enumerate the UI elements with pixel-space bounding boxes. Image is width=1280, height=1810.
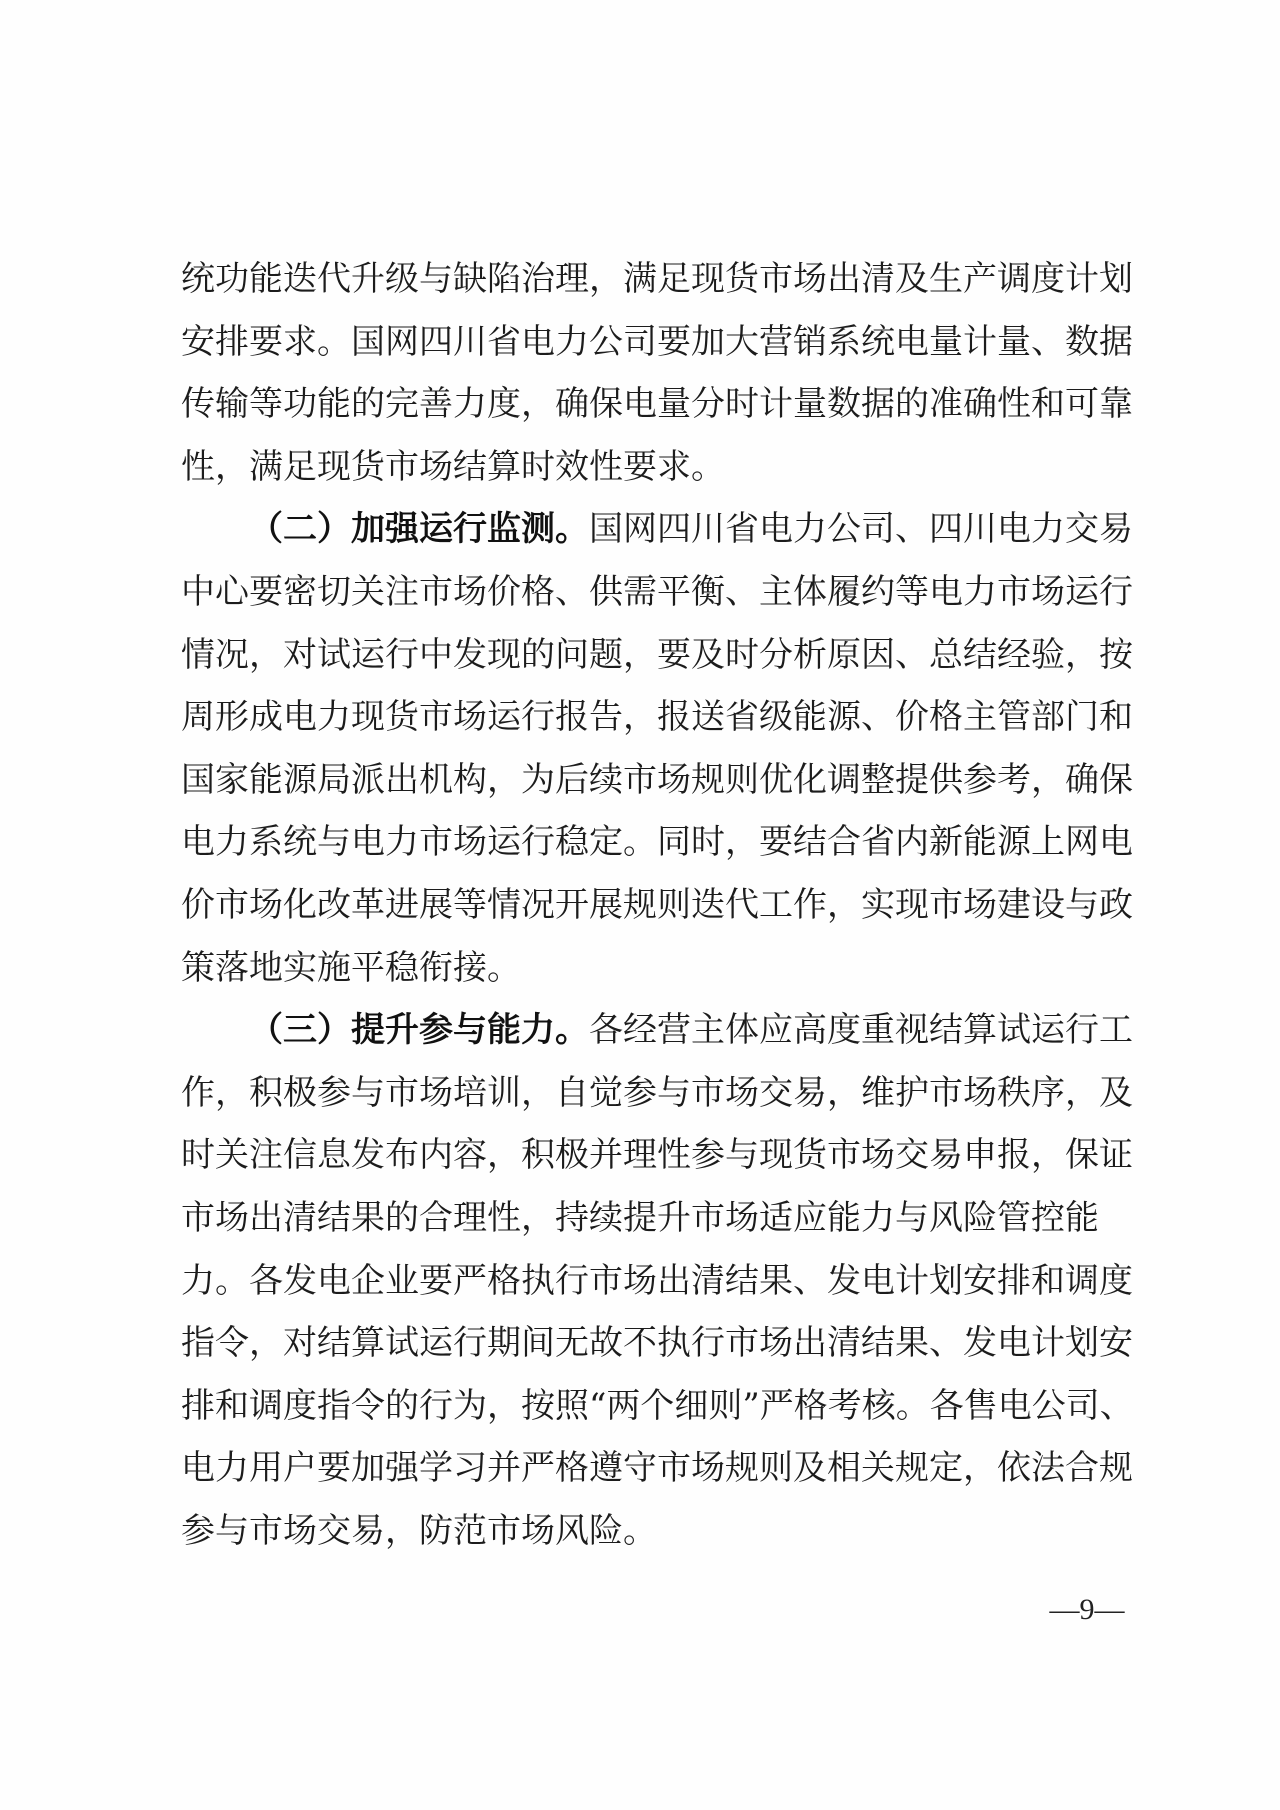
- line-text: 安排要求。国网四川省电力公司要加大营销系统电量计量、数据: [181, 322, 1133, 362]
- line-text: 周形成电力现货市场运行报告，报送省级能源、价格主管部门和: [181, 697, 1133, 737]
- line-text: 国网四川省电力公司、四川电力交易: [589, 509, 1133, 549]
- paragraph-line: 作，积极参与市场培训，自觉参与市场交易，维护市场秩序，及: [181, 1062, 1141, 1125]
- line-text: 力。各发电企业要严格执行市场出清结果、发电计划安排和调度: [181, 1261, 1133, 1301]
- line-text: 电力系统与电力市场运行稳定。同时，要结合省内新能源上网电: [181, 822, 1133, 862]
- line-text: 统功能迭代升级与缺陷治理，满足现货市场出清及生产调度计划: [181, 259, 1133, 299]
- line-text: 国家能源局派出机构，为后续市场规则优化调整提供参考，确保: [181, 760, 1133, 800]
- paragraph-line: 力。各发电企业要严格执行市场出清结果、发电计划安排和调度: [181, 1250, 1141, 1313]
- line-text: 策落地实施平稳衔接。: [181, 948, 521, 988]
- document-page: 统功能迭代升级与缺陷治理，满足现货市场出清及生产调度计划 安排要求。国网四川省电…: [0, 0, 1280, 1810]
- paragraph-line: 中心要密切关注市场价格、供需平衡、主体履约等电力市场运行: [181, 561, 1141, 624]
- line-text: 性，满足现货市场结算时效性要求。: [181, 447, 725, 487]
- line-text: 情况，对试运行中发现的问题，要及时分析原因、总结经验，按: [181, 635, 1133, 675]
- document-body: 统功能迭代升级与缺陷治理，满足现货市场出清及生产调度计划 安排要求。国网四川省电…: [181, 248, 1141, 1562]
- paragraph-line: 时关注信息发布内容，积极并理性参与现货市场交易申报，保证: [181, 1124, 1141, 1187]
- paragraph-line: 安排要求。国网四川省电力公司要加大营销系统电量计量、数据: [181, 311, 1141, 374]
- paragraph-line: 电力用户要加强学习并严格遵守市场规则及相关规定，依法合规: [181, 1437, 1141, 1500]
- paragraph-line: 电力系统与电力市场运行稳定。同时，要结合省内新能源上网电: [181, 811, 1141, 874]
- paragraph-line: 性，满足现货市场结算时效性要求。: [181, 436, 1141, 499]
- paragraph-line: 周形成电力现货市场运行报告，报送省级能源、价格主管部门和: [181, 686, 1141, 749]
- line-text: 各经营主体应高度重视结算试运行工: [589, 1010, 1133, 1050]
- line-text: 中心要密切关注市场价格、供需平衡、主体履约等电力市场运行: [181, 572, 1133, 612]
- line-text: 参与市场交易，防范市场风险。: [181, 1511, 657, 1551]
- paragraph-line: 传输等功能的完善力度，确保电量分时计量数据的准确性和可靠: [181, 373, 1141, 436]
- paragraph-line: 策落地实施平稳衔接。: [181, 937, 1141, 1000]
- line-text: 时关注信息发布内容，积极并理性参与现货市场交易申报，保证: [181, 1135, 1133, 1175]
- paragraph-line: 价市场化改革进展等情况开展规则迭代工作，实现市场建设与政: [181, 874, 1141, 937]
- section-heading-line: （二）加强运行监测。国网四川省电力公司、四川电力交易: [181, 498, 1141, 561]
- paragraph-line: 排和调度指令的行为，按照“两个细则”严格考核。各售电公司、: [181, 1375, 1141, 1438]
- line-text: 指令，对结算试运行期间无故不执行市场出清结果、发电计划安: [181, 1323, 1133, 1363]
- section-heading-line: （三）提升参与能力。各经营主体应高度重视结算试运行工: [181, 999, 1141, 1062]
- paragraph-line: 市场出清结果的合理性，持续提升市场适应能力与风险管控能: [181, 1187, 1141, 1250]
- line-text: 传输等功能的完善力度，确保电量分时计量数据的准确性和可靠: [181, 384, 1133, 424]
- line-text: 电力用户要加强学习并严格遵守市场规则及相关规定，依法合规: [181, 1448, 1133, 1488]
- line-text: 市场出清结果的合理性，持续提升市场适应能力与风险管控能: [181, 1198, 1099, 1238]
- paragraph-line: 国家能源局派出机构，为后续市场规则优化调整提供参考，确保: [181, 749, 1141, 812]
- paragraph-line: 指令，对结算试运行期间无故不执行市场出清结果、发电计划安: [181, 1312, 1141, 1375]
- paragraph-line: 参与市场交易，防范市场风险。: [181, 1500, 1141, 1563]
- page-number: —9—: [1040, 1594, 1134, 1626]
- section-heading-monitoring: （二）加强运行监测。: [249, 509, 589, 549]
- line-text: 排和调度指令的行为，按照“两个细则”严格考核。各售电公司、: [181, 1386, 1134, 1426]
- section-heading-participation: （三）提升参与能力。: [249, 1010, 589, 1050]
- paragraph-line: 情况，对试运行中发现的问题，要及时分析原因、总结经验，按: [181, 624, 1141, 687]
- paragraph-line: 统功能迭代升级与缺陷治理，满足现货市场出清及生产调度计划: [181, 248, 1141, 311]
- line-text: 作，积极参与市场培训，自觉参与市场交易，维护市场秩序，及: [181, 1073, 1133, 1113]
- line-text: 价市场化改革进展等情况开展规则迭代工作，实现市场建设与政: [181, 885, 1133, 925]
